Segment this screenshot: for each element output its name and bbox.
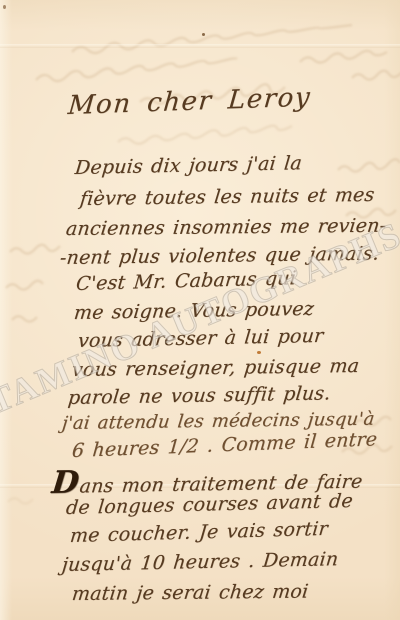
drop-capital: D xyxy=(50,464,81,501)
letter-line-15: jusqu'à 10 heures . Demain xyxy=(61,549,339,576)
letter-line-4: -nent plus violentes que jamais. xyxy=(59,244,380,269)
ink-speck xyxy=(3,5,6,9)
salutation: Mon cher Leroy xyxy=(67,83,312,120)
ink-speck xyxy=(257,351,261,354)
letter-line-1: Depuis dix jours j'ai la xyxy=(74,153,303,179)
letter-line-6: me soigne. Vous pouvez xyxy=(73,299,315,324)
letter-line-16: matin je serai chez moi xyxy=(71,582,310,605)
letter-photo: Mon cher Leroy Depuis dix jours j'ai la … xyxy=(0,0,400,620)
letter-line-11: 6 heures 1/2 . Comme il entre xyxy=(71,429,378,462)
paper-crease-top xyxy=(0,44,400,48)
letter-line-5: C'est Mr. Cabarus qui xyxy=(75,268,297,295)
letter-line-9: parole ne vous suffit plus. xyxy=(67,383,332,409)
letter-line-2: fièvre toutes les nuits et mes xyxy=(79,185,376,210)
letter-line-14: me coucher. Je vais sortir xyxy=(69,519,329,547)
letter-line-8: vous renseigner, puisque ma xyxy=(71,356,360,381)
letter-line-13: de longues courses avant de xyxy=(65,491,354,519)
letter-line-7: vous adresser à lui pour xyxy=(77,326,324,352)
ink-speck xyxy=(202,33,205,36)
letter-line-3: anciennes insomnies me revien- xyxy=(65,216,388,240)
